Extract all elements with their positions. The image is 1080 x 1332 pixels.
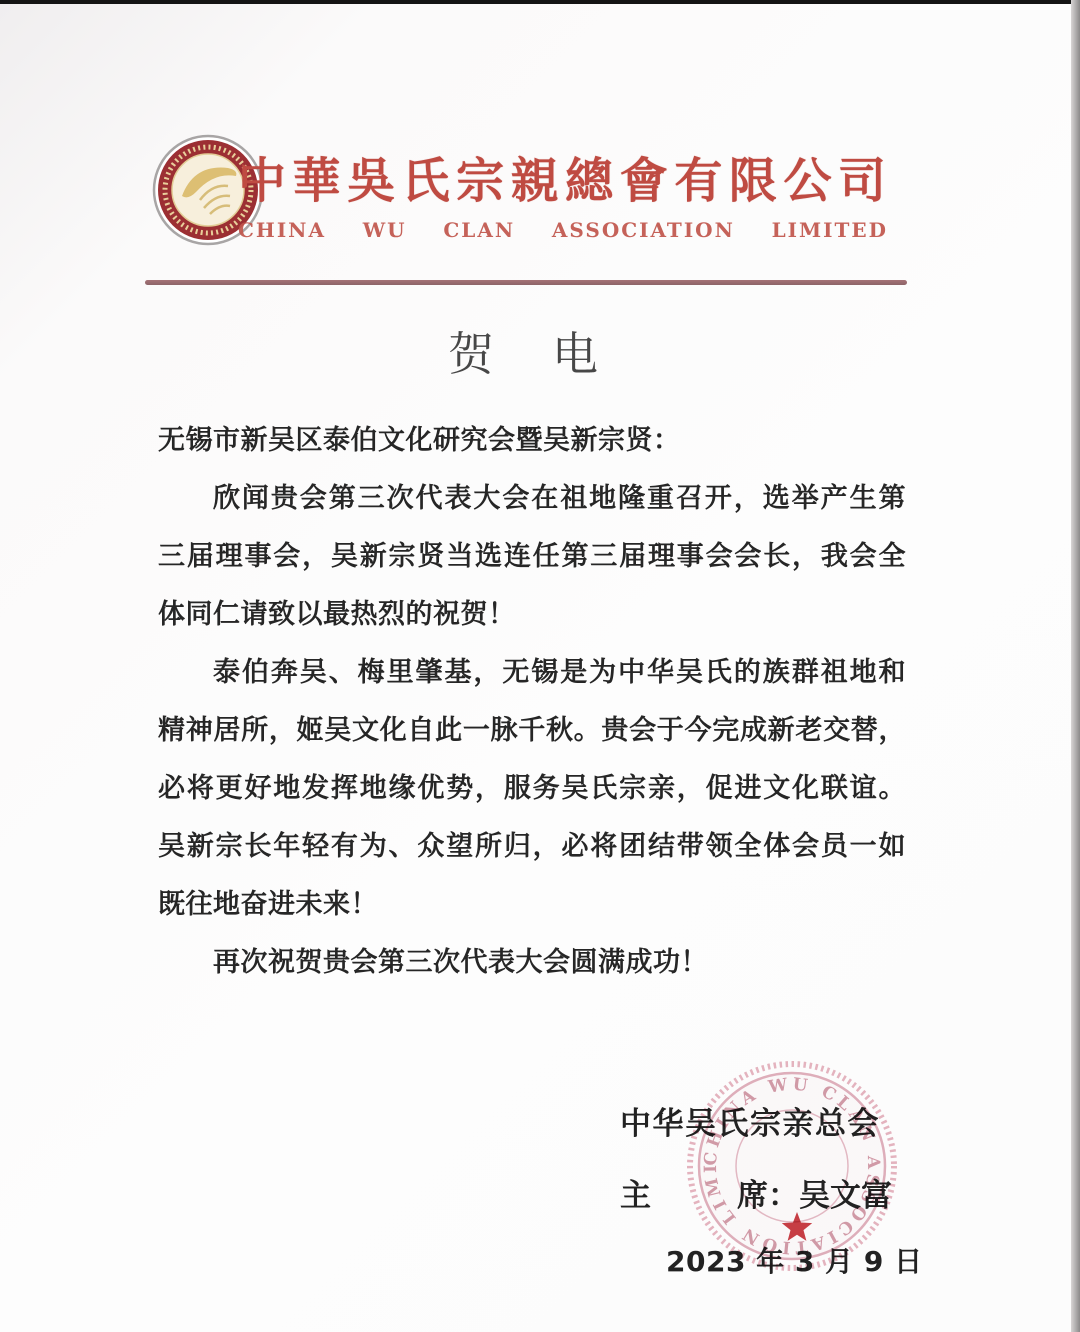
body-line: 泰伯奔吴、梅里肇基，无锡是为中华吴氏的族群祖地和: [158, 644, 906, 702]
body-line: 欣闻贵会第三次代表大会在祖地隆重召开，选举产生第: [158, 470, 906, 528]
letterhead: 中華吳氏宗親總會有限公司 CHINA WU CLAN ASSOCIATION L…: [238, 150, 888, 242]
body-line: 吴新宗长年轻有为、众望所归，必将团结带领全体会员一如: [158, 818, 906, 876]
closing-line: 再次祝贺贵会第三次代表大会圆满成功！: [158, 934, 906, 992]
org-name-zh: 中華吳氏宗親總會有限公司: [238, 150, 888, 212]
body-line: 既往地奋进未来！: [158, 876, 906, 934]
letterhead-divider: [145, 280, 907, 285]
letter-body: 无锡市新吴区泰伯文化研究会暨吴新宗贤： 欣闻贵会第三次代表大会在祖地隆重召开，选…: [158, 412, 906, 992]
body-line: 必将更好地发挥地缘优势，服务吴氏宗亲，促进文化联谊。: [158, 760, 906, 818]
document-title: 贺 电: [145, 318, 907, 384]
photo-edge-right: [1071, 0, 1080, 1332]
org-name-en: CHINA WU CLAN ASSOCIATION LIMITED: [238, 218, 888, 242]
body-line: 体同仁请致以最热烈的祝贺！: [158, 586, 906, 644]
signature-role-left: 主: [620, 1170, 651, 1215]
salutation-line: 无锡市新吴区泰伯文化研究会暨吴新宗贤：: [158, 412, 906, 470]
red-star-icon: [780, 1211, 814, 1245]
body-line: 三届理事会，吴新宗贤当选连任第三届理事会会长，我会全: [158, 528, 906, 586]
body-line: 精神居所，姬吴文化自此一脉千秋。贵会于今完成新老交替，: [158, 702, 906, 760]
telegram-document: 中華吳氏宗親總會有限公司 CHINA WU CLAN ASSOCIATION L…: [0, 0, 1080, 1332]
photo-edge-top: [0, 0, 1080, 4]
